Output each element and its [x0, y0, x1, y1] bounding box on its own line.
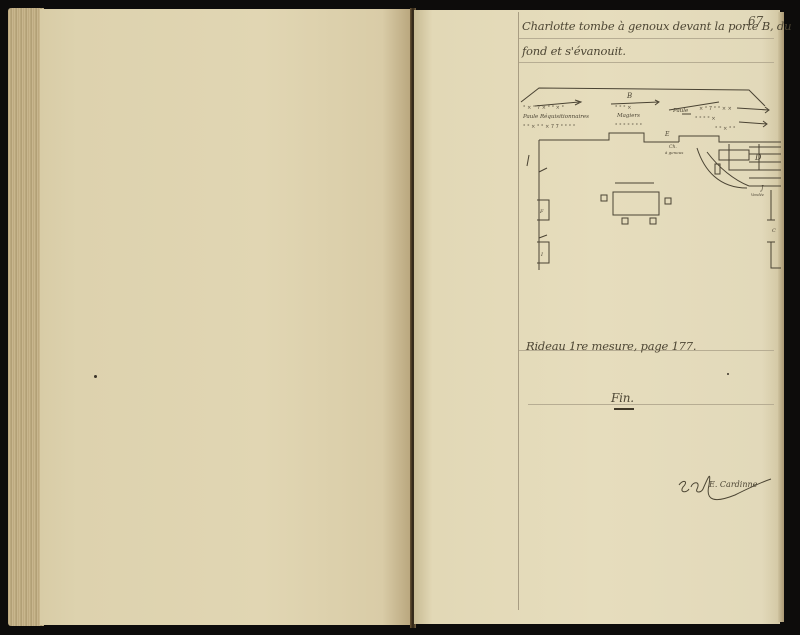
svg-text:° × ° 7 × ° ° × °: ° × ° 7 × ° ° × ° [523, 105, 564, 111]
svg-text:Vendée: Vendée [751, 193, 764, 197]
svg-text:E. Cardinne: E. Cardinne [708, 480, 758, 489]
svg-text:F: F [539, 209, 544, 215]
svg-text:C: C [772, 228, 776, 234]
heading-line-1: Charlotte tombe à genoux devant la porte… [522, 19, 791, 33]
end-mark: Fin. [611, 391, 634, 405]
left-page-blank [40, 9, 412, 625]
signature: E. Cardinne [675, 465, 775, 510]
ruled-line [528, 404, 774, 405]
svg-text:B: B [626, 92, 632, 100]
svg-text:° ° ° ° ° ° °: ° ° ° ° ° ° ° [615, 123, 643, 129]
svg-text:° ° × ° °: ° ° × ° ° [715, 126, 736, 132]
svg-text:° ° ° ° ×: ° ° ° ° × [695, 116, 716, 122]
svg-text:D: D [754, 153, 762, 162]
ink-speck [727, 373, 729, 375]
heading-line-2: fond et s'évanouit. [522, 44, 626, 58]
svg-text:Magiers: Magiers [616, 113, 640, 119]
ruled-line [519, 62, 774, 63]
svg-text:Paule: Paule [672, 108, 689, 114]
svg-text:× ° 7 ° ° × ×: × ° 7 ° ° × × [699, 106, 732, 112]
reference-line: Rideau 1re mesure, page 177. [526, 339, 696, 353]
left-page-edges [8, 8, 44, 626]
svg-text:E: E [664, 131, 670, 138]
svg-text:Paule Réquisitionnaires: Paule Réquisitionnaires [522, 113, 589, 120]
svg-text:à genoux: à genoux [665, 150, 684, 155]
ink-speck [94, 375, 97, 378]
svg-text:I: I [540, 252, 544, 258]
svg-text:° ° × ° ° × 7 7 ° ° ° °: ° ° × ° ° × 7 7 ° ° ° ° [523, 124, 576, 130]
svg-text:° ° ° ×: ° ° ° × [615, 105, 631, 111]
end-underline [614, 408, 634, 410]
open-notebook: 67 Charlotte tombe à genoux devant la po… [0, 0, 800, 635]
stage-sketch: B Paule Réquisitionnaires Magiers Paule … [519, 80, 781, 280]
ruled-line [519, 38, 774, 39]
